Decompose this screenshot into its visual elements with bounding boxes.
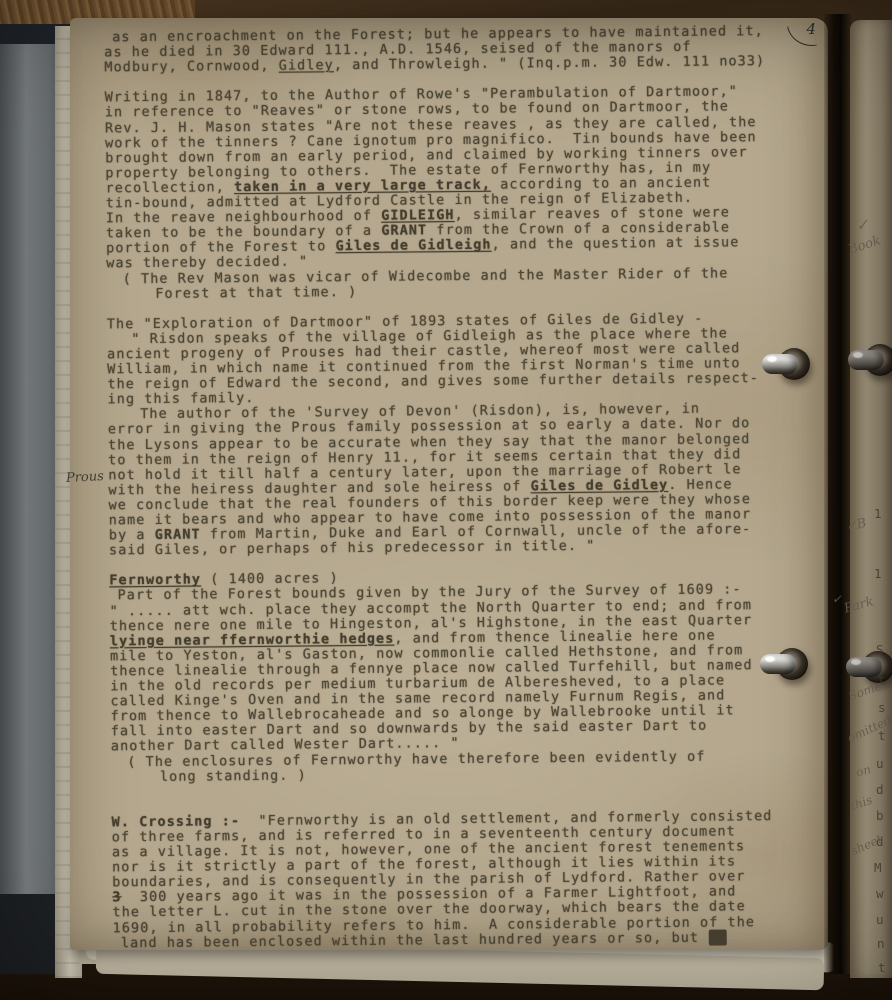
typed-text-segment: by a [109,527,155,543]
margin-note: ✓ [855,215,871,235]
binder-post-pin [846,657,882,677]
margin-note: ✓ [832,592,842,606]
photo-of-binder-page: 4 as an encroachment on the Forest; but … [0,0,892,1000]
adjacent-page-text-fragment: s [878,700,886,715]
gray-divider-page-edge [0,44,58,906]
binder-post-pin [762,354,798,374]
adjacent-page-text-fragment: 1 [874,506,882,521]
adjacent-page-text-fragment: t [878,960,886,975]
typed-text-segment: Giles de Gidleigh [335,237,491,254]
typed-text-segment: long standing. ) [160,767,307,784]
typed-text-segment: . Hence [668,476,732,493]
adjacent-page-text-fragment: u [876,912,884,927]
binder-post [760,645,808,685]
binder-post [762,345,810,385]
typed-text: as an encroachment on the Forest; but he… [104,24,823,950]
binder-post-pin [760,654,796,674]
document-page: 4 as an encroachment on the Forest; but … [70,18,828,950]
binder-post-pin [848,350,884,370]
binder-gap-shadow [824,14,852,974]
typed-text-segment: Forest at that time. ) [155,284,357,302]
typed-text-segment: Modbury, Cornwood, [104,58,279,76]
adjacent-page-text-fragment: b [876,808,884,823]
adjacent-page-text-fragment: n [877,936,885,951]
adjacent-page-text-fragment: u [876,756,884,771]
typed-text-segment: Gidley [279,57,334,74]
typed-text-segment: ** [708,929,727,945]
adjacent-page-text-fragment: w [876,886,884,901]
binder-post [848,341,892,381]
adjacent-page-text-fragment: S [876,642,884,657]
adjacent-page-text-fragment: d [876,782,884,797]
margin-note: Prous [66,469,105,486]
adjacent-page-text-fragment: M [874,860,882,875]
typed-text-segment: , and the question at issue [492,235,740,253]
adjacent-page-text-fragment: 1 [874,566,882,581]
